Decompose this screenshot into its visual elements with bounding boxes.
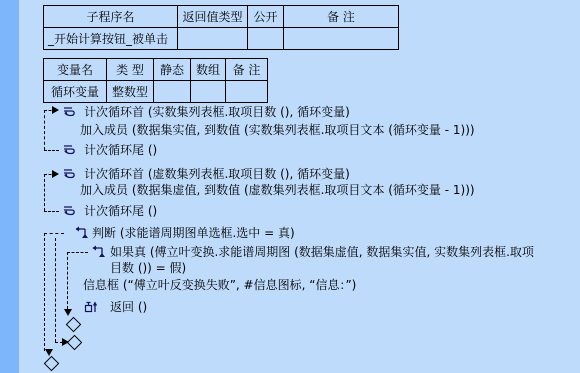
branch-icon (91, 245, 106, 258)
loop-icon (61, 204, 76, 217)
table-cell[interactable] (154, 81, 191, 103)
flow-line (67, 252, 88, 253)
flow-merge-diamond-icon (66, 317, 82, 333)
code-statement[interactable]: 计次循环首 (实数集列表框.取项目数 (), 循环变量) (84, 105, 350, 120)
table-header-row: 子程序名返回值类型公开备 注 (44, 6, 399, 28)
return-icon (84, 300, 99, 313)
table-header-cell: 返回值类型 (178, 6, 248, 28)
table-header-cell: 备 注 (284, 6, 399, 28)
loop-icon (61, 143, 76, 156)
flow-line (55, 238, 56, 342)
table-cell[interactable]: 循环变量 (44, 81, 107, 103)
flow-arrow-right-icon (52, 170, 59, 178)
flow-line (67, 252, 68, 309)
flow-line (44, 211, 59, 212)
table-header-cell: 类 型 (107, 59, 154, 81)
code-statement[interactable]: 目数 ()) = 假) (110, 261, 186, 276)
table-cell[interactable]: 整数型 (107, 81, 154, 103)
flow-line (44, 150, 59, 151)
flow-line (44, 233, 64, 234)
table-cell[interactable] (284, 28, 399, 50)
flow-arrow-down-icon (45, 349, 53, 356)
variable-table[interactable]: 变量名类 型静态数组备 注循环变量整数型 (43, 58, 268, 103)
table-cell[interactable] (248, 28, 284, 50)
table-header-cell: 变量名 (44, 59, 107, 81)
flow-line (44, 110, 45, 150)
table-header-cell: 静态 (154, 59, 191, 81)
code-statement[interactable]: 计次循环首 (虚数集列表框.取项目数 (), 循环变量) (84, 167, 350, 182)
code-statement[interactable]: 加入成员 (数据集实值, 到数值 (实数集列表框.取项目文本 (循环变量 - 1… (80, 123, 475, 138)
table-cell[interactable] (226, 81, 268, 103)
flow-line (44, 233, 45, 351)
flow-merge-diamond-icon (67, 335, 83, 351)
table-row: _开始计算按钮_被单击 (44, 28, 399, 50)
flow-line (44, 174, 45, 211)
flow-code-editor: { "window": { "background_color": "#BFDB… (0, 0, 580, 373)
code-statement[interactable]: 如果真 (傅立叶变换.求能谱周期图 (数据集虚值, 数据集实值, 实数集列表框.… (110, 245, 534, 260)
table-row: 循环变量整数型 (44, 81, 268, 103)
table-header-cell: 备 注 (226, 59, 268, 81)
code-statement[interactable]: 计次循环尾 () (84, 143, 157, 158)
table-header-cell: 子程序名 (44, 6, 178, 28)
table-cell[interactable] (191, 81, 226, 103)
code-statement[interactable]: 返回 () (110, 300, 147, 315)
loop-icon (61, 105, 76, 118)
code-statement[interactable]: 判断 (求能谱周期图单选框.选中 = 真) (92, 226, 295, 241)
flow-merge-diamond-icon (44, 356, 60, 372)
flow-arrow-right-icon (52, 106, 59, 114)
subroutine-table[interactable]: 子程序名返回值类型公开备 注_开始计算按钮_被单击 (43, 5, 399, 50)
branch-icon (74, 226, 89, 239)
code-statement[interactable]: 计次循环尾 () (84, 204, 157, 219)
flow-arrow-down-icon (64, 309, 72, 316)
table-cell[interactable]: _开始计算按钮_被单击 (44, 28, 178, 50)
left-margin-bar (0, 0, 19, 373)
table-header-row: 变量名类 型静态数组备 注 (44, 59, 268, 81)
loop-icon (61, 167, 76, 180)
code-statement[interactable]: 加入成员 (数据集虚值, 到数值 (虚数集列表框.取项目文本 (循环变量 - 1… (80, 183, 475, 198)
table-header-cell: 公开 (248, 6, 284, 28)
table-header-cell: 数组 (191, 59, 226, 81)
table-cell[interactable] (178, 28, 248, 50)
code-statement[interactable]: 信息框 (“傅立叶反变换失败”, #信息图标, “信息：”) (83, 278, 356, 293)
